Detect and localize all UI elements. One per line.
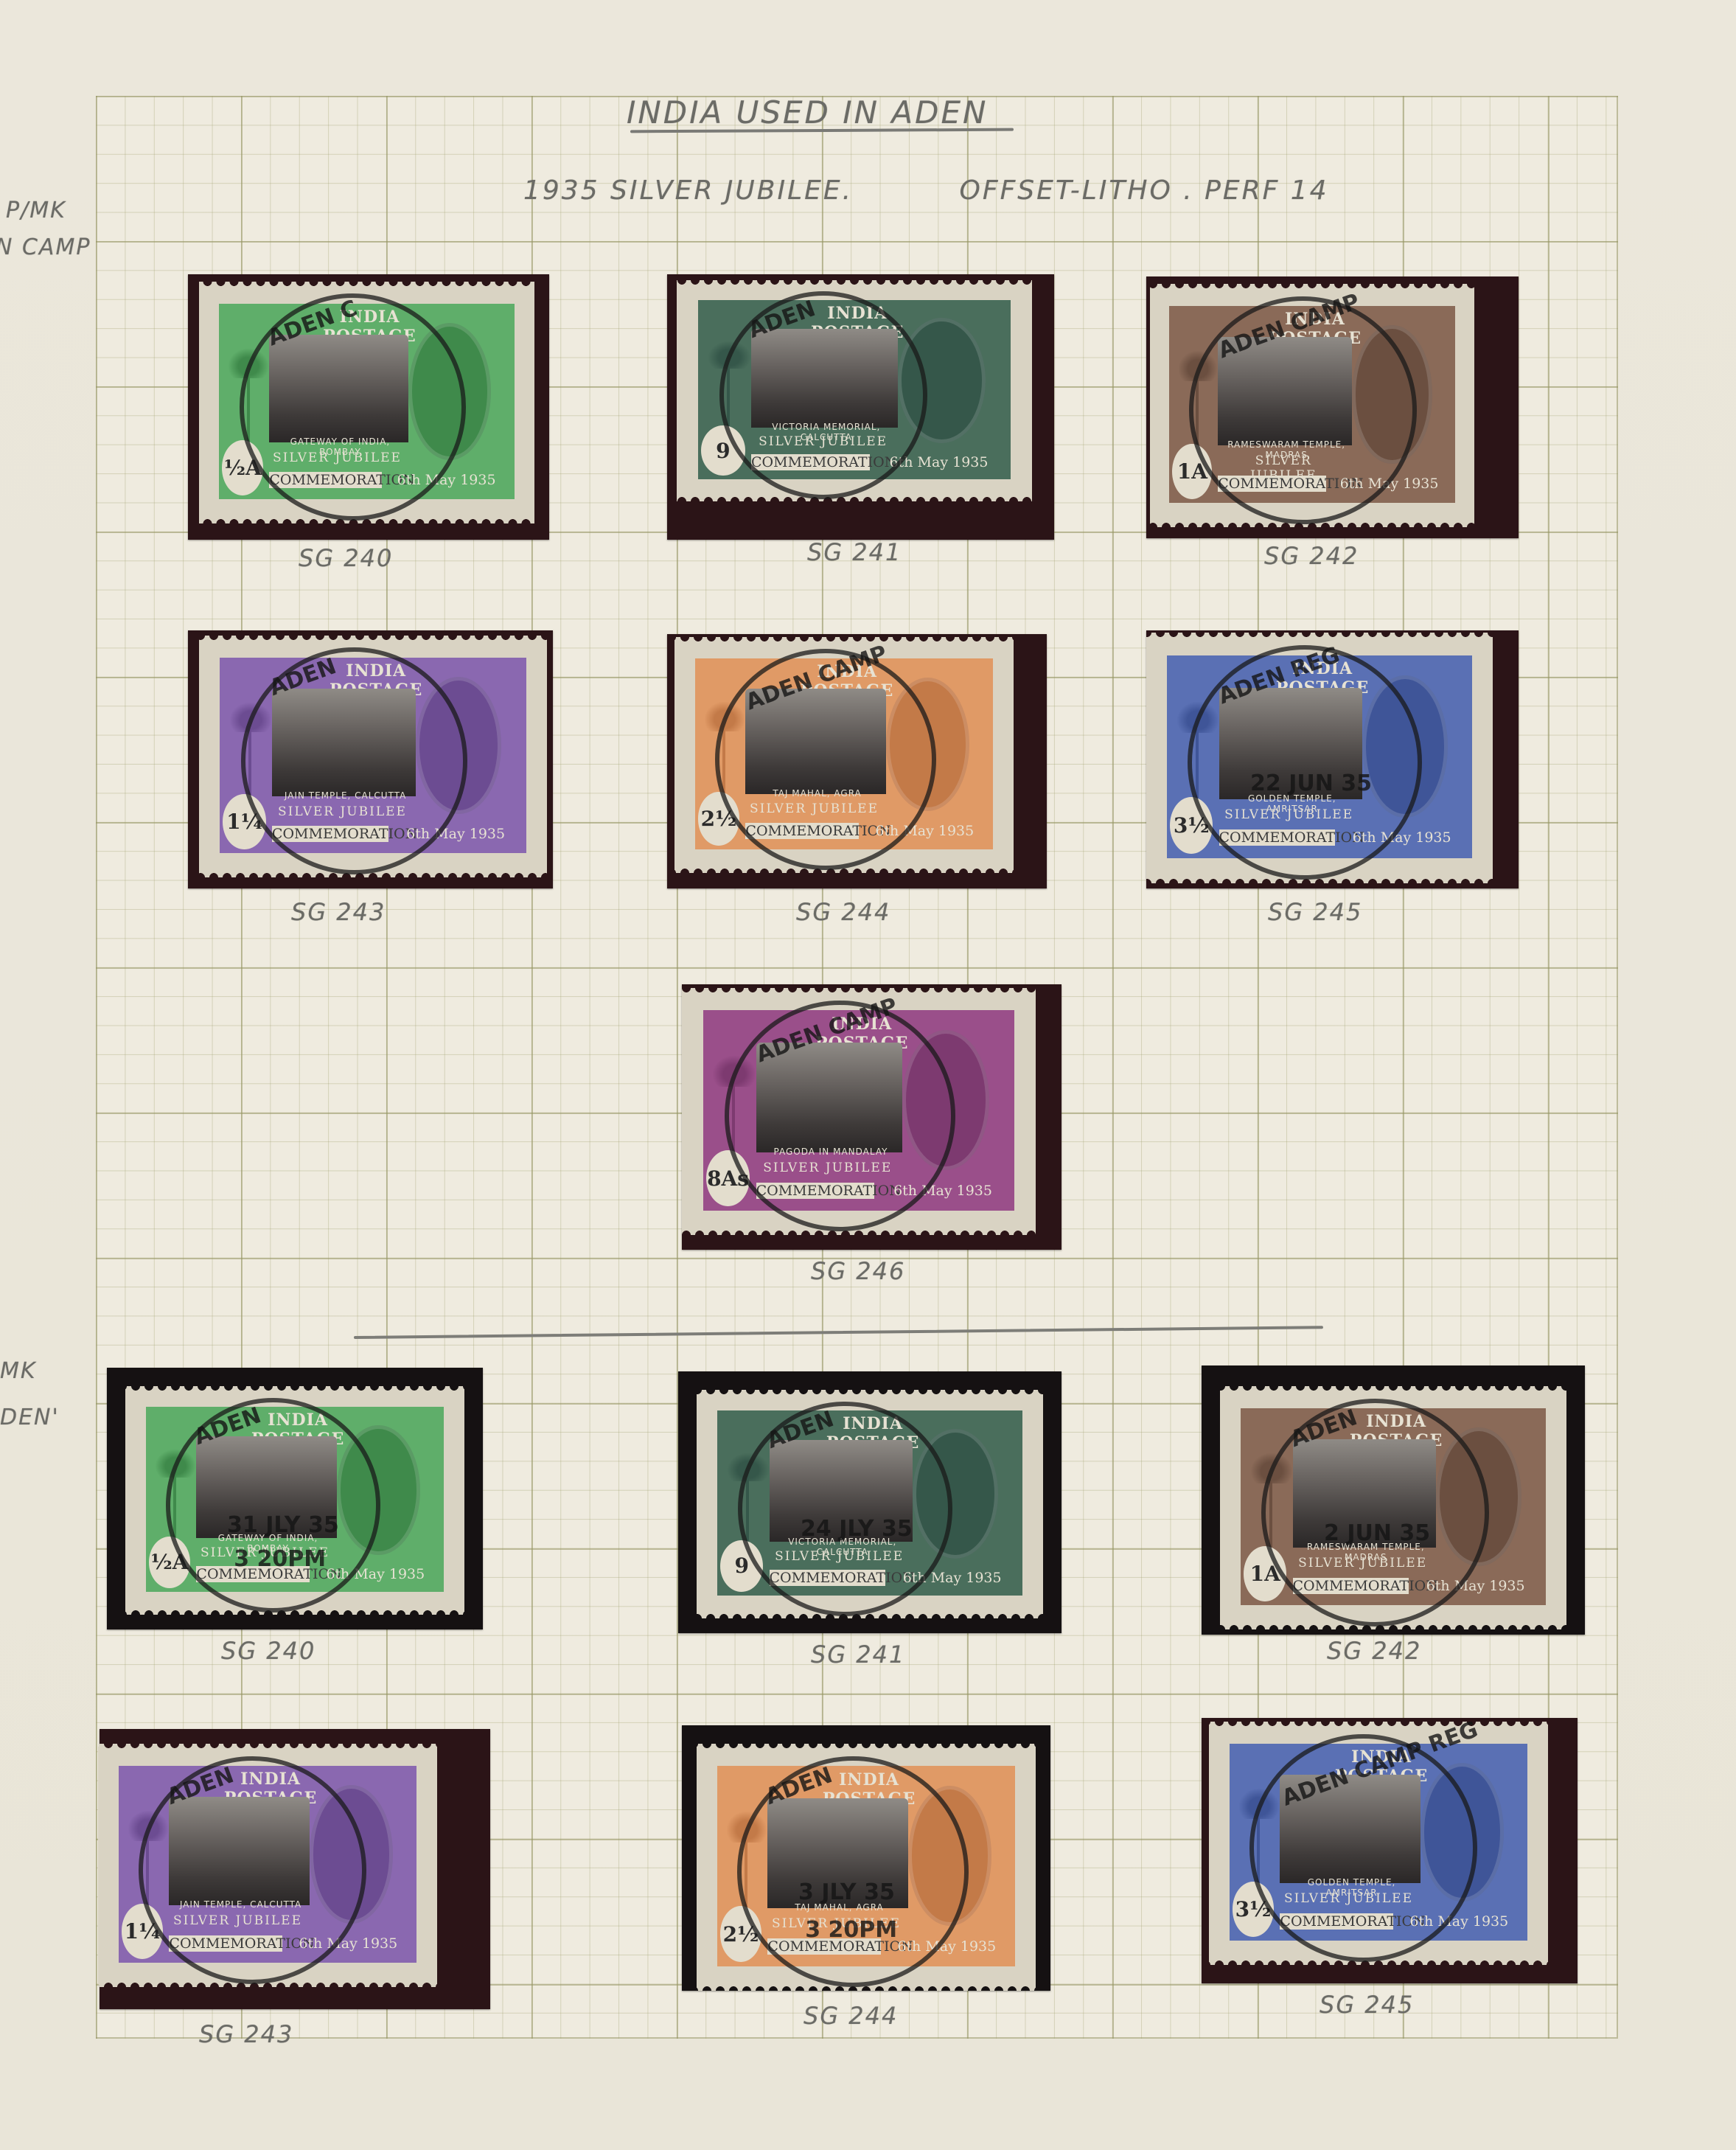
- margin-note-top-line2: N CAMP: [0, 234, 91, 260]
- catalogue-number-label: SG 242: [1327, 1637, 1421, 1665]
- catalogue-number-label: SG 240: [299, 544, 393, 572]
- postmark-circle: [1188, 645, 1422, 880]
- page-title: INDIA USED IN ADEN: [627, 94, 988, 131]
- postmark-time: 3 20PM: [234, 1546, 326, 1572]
- catalogue-number-label: SG 245: [1268, 898, 1362, 926]
- postmark-date: 2 JUN 35: [1324, 1520, 1430, 1546]
- catalogue-number-label: SG 243: [291, 898, 386, 926]
- catalogue-number-label: SG 242: [1264, 542, 1359, 570]
- catalogue-number-label: SG 241: [811, 1641, 905, 1669]
- postmark-date: 22 JUN 35: [1250, 770, 1372, 796]
- catalogue-number-label: SG 240: [221, 1637, 316, 1665]
- catalogue-number-label: SG 245: [1320, 1991, 1414, 2019]
- margin-note-top-line1: P/MK: [6, 198, 66, 223]
- catalogue-number-label: SG 246: [811, 1257, 905, 1285]
- catalogue-number-label: SG 241: [807, 538, 902, 566]
- printing-process: OFFSET-LITHO . PERF 14: [960, 175, 1329, 206]
- page-subtitle: 1935 SILVER JUBILEE. OFFSET-LITHO . PERF…: [523, 175, 1329, 206]
- catalogue-number-label: SG 244: [796, 898, 890, 926]
- catalogue-number-label: SG 243: [199, 2020, 293, 2048]
- postmark-date: 3 JLY 35: [798, 1879, 895, 1905]
- margin-note-bottom-line2: DEN': [0, 1405, 60, 1430]
- postmark-date: 24 JLY 35: [801, 1516, 913, 1542]
- catalogue-number-label: SG 244: [803, 2002, 898, 2030]
- postmark-time: 3 20PM: [805, 1917, 897, 1943]
- postmark-date: 31 JLY 35: [227, 1512, 339, 1538]
- margin-note-bottom-line1: MK: [0, 1358, 37, 1384]
- issue-description: 1935 SILVER JUBILEE.: [523, 175, 853, 206]
